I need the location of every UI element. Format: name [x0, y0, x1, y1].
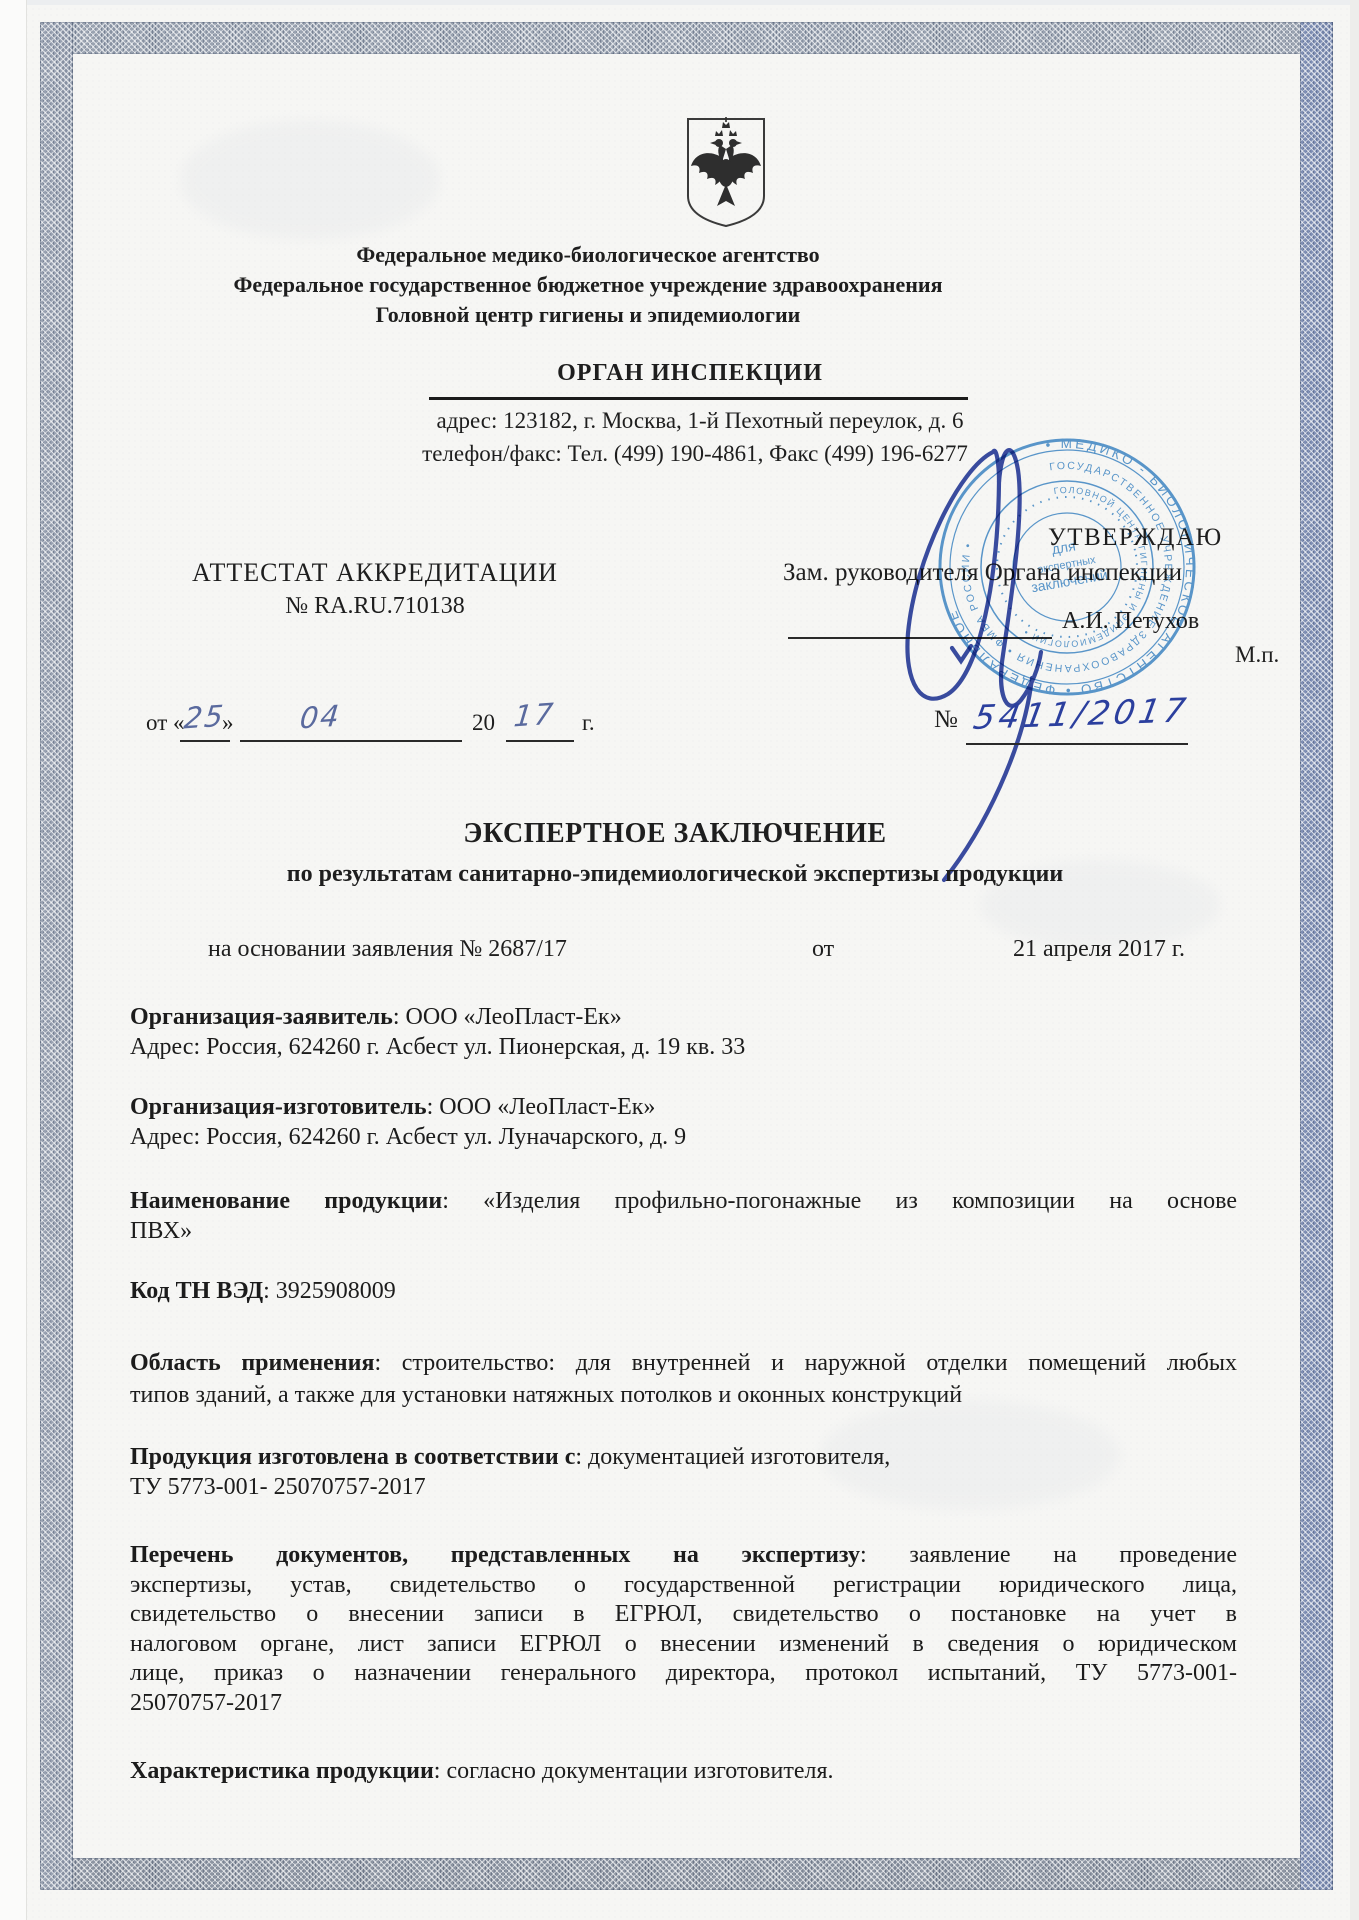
seal-place-note: М.п. — [1235, 642, 1279, 668]
basis-application: на основании заявления № 2687/17 — [208, 936, 567, 963]
document-page: Федеральное медико-биологическое агентст… — [0, 0, 1359, 1920]
made-label: Продукция изготовлена в соответствии с — [130, 1444, 575, 1470]
border-band-left — [40, 22, 73, 1890]
date-year-handwritten: 17 — [512, 696, 556, 733]
scan-edge-top — [0, 0, 1359, 5]
product-name-line1: Наименование продукции: «Изделия профиль… — [130, 1186, 1237, 1216]
docs-line: налоговом органе, лист записи ЕГРЮЛ о вн… — [130, 1630, 1237, 1660]
border-band-top — [40, 22, 1333, 54]
applicant-value: : ООО «ЛеоПласт-Ек» — [393, 1004, 622, 1030]
made-line2: ТУ 5773-001- 25070757-2017 — [130, 1472, 1237, 1502]
applicant-address: Адрес: Россия, 624260 г. Асбест ул. Пион… — [130, 1032, 1237, 1062]
date-month-handwritten: 04 — [298, 698, 342, 735]
inspection-body-title: ОРГАН ИНСПЕКЦИИ — [400, 360, 980, 387]
tnved-label: Код ТН ВЭД — [130, 1278, 263, 1304]
inspection-title-rule — [429, 397, 968, 400]
russia-coat-of-arms-icon — [680, 116, 772, 228]
date-month-underline — [240, 740, 462, 742]
scope-line2: типов зданий, а также для установки натя… — [130, 1380, 1237, 1410]
date-suffix: г. — [582, 710, 595, 736]
manufacturer-line: Организация-изготовитель: ООО «ЛеоПласт-… — [130, 1092, 1237, 1122]
docs-line: лице, приказ о назначении генерального д… — [130, 1659, 1237, 1689]
applicant-label: Организация-заявитель — [130, 1004, 393, 1030]
number-label: № — [934, 706, 958, 734]
accreditation-block: АТТЕСТАТ АККРЕДИТАЦИИ № RA.RU.710138 — [165, 556, 585, 622]
docs-line: 25070757-2017 — [130, 1689, 1237, 1719]
made-line1: Продукция изготовлена в соответствии с: … — [130, 1442, 1237, 1472]
border-band-bottom — [40, 1858, 1333, 1890]
manufacturer-value: : ООО «ЛеоПласт-Ек» — [427, 1094, 656, 1120]
docs-line: Перечень документов, представленных на э… — [130, 1541, 1237, 1571]
docs-line: свидетельство о внесении записи в ЕГРЮЛ,… — [130, 1600, 1237, 1630]
number-underline — [966, 743, 1188, 745]
date-day-underline — [180, 740, 230, 742]
characteristics-line: Характеристика продукции: согласно докум… — [130, 1756, 1237, 1786]
product-name-line2: ПВХ» — [130, 1216, 1237, 1246]
applicant-line: Организация-заявитель: ООО «ЛеоПласт-Ек» — [130, 1002, 1237, 1032]
date-quote-close: » — [222, 710, 234, 736]
org-line-3: Головной центр гигиены и эпидемиологии — [128, 300, 1048, 330]
date-day-handwritten: 25 — [182, 698, 226, 735]
tnved-line: Код ТН ВЭД: 3925908009 — [130, 1276, 1237, 1306]
scope-value: : строительство: для внутренней и наружн… — [374, 1350, 1237, 1376]
date-year-underline — [506, 740, 574, 742]
document-title: ЭКСПЕРТНОЕ ЗАКЛЮЧЕНИЕ — [130, 818, 1220, 850]
manufacturer-address: Адрес: Россия, 624260 г. Асбест ул. Луна… — [130, 1122, 1237, 1152]
basis-ot: от — [812, 936, 834, 963]
characteristics-value: : согласно документации изготовителя. — [434, 1758, 834, 1784]
header-block: Федеральное медико-биологическое агентст… — [128, 240, 1048, 330]
tnved-value: : 3925908009 — [263, 1278, 396, 1304]
made-value: : документацией изготовителя, — [575, 1444, 890, 1470]
product-value: : «Изделия профильно-погонажные из компо… — [442, 1188, 1237, 1214]
accreditation-title: АТТЕСТАТ АККРЕДИТАЦИИ — [165, 556, 585, 590]
docs-line: экспертизы, устав, свидетельство о госуд… — [130, 1571, 1237, 1601]
scope-label: Область применения — [130, 1350, 374, 1376]
number-value-handwritten: 5411/2017 — [971, 690, 1193, 737]
scan-edge-right — [1350, 0, 1359, 1920]
document-subtitle: по результатам санитарно-эпидемиологичес… — [130, 861, 1220, 888]
org-line-1: Федеральное медико-биологическое агентст… — [128, 240, 1048, 270]
docs-line1-rest: : заявление на проведение — [860, 1542, 1237, 1568]
scope-line1: Область применения: строительство: для в… — [130, 1348, 1237, 1378]
accreditation-number: № RA.RU.710138 — [165, 590, 585, 622]
scan-edge-left — [0, 0, 27, 1920]
org-line-2: Федеральное государственное бюджетное уч… — [128, 270, 1048, 300]
docs-label: Перечень документов, представленных на э… — [130, 1542, 860, 1568]
border-band-right — [1300, 22, 1333, 1890]
basis-date: 21 апреля 2017 г. — [1013, 936, 1185, 963]
characteristics-label: Характеристика продукции — [130, 1758, 434, 1784]
scan-smudge — [180, 120, 440, 240]
date-prefix: от « — [146, 710, 185, 736]
product-label: Наименование продукции — [130, 1188, 442, 1214]
docs-paragraph: Перечень документов, представленных на э… — [130, 1541, 1237, 1718]
date-year-prefix: 20 — [472, 710, 495, 736]
manufacturer-label: Организация-изготовитель — [130, 1094, 427, 1120]
